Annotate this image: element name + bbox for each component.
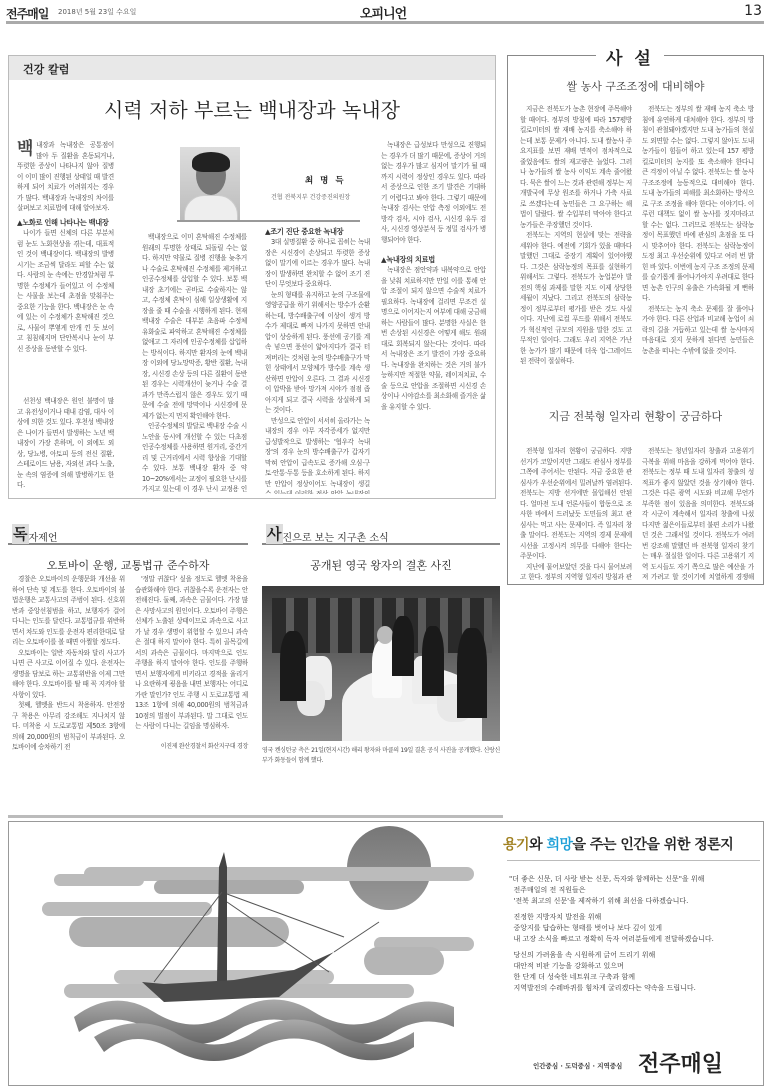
editorial-2-col-2: 전북도는 청년일자리 창출과 고용위기 극복을 위해 마음을 강하게 먹어야 한… [642, 446, 754, 580]
paragraph: 선천성 백내장은 원인 불명이 많고 유전성이거나 태내 감염, 대사 이상에 … [17, 396, 114, 491]
tab-label: 자제언 [29, 533, 58, 544]
tab-initial: 독 [12, 524, 29, 544]
author-name: 최 명 득 [305, 174, 346, 186]
tab-initial: 사 [266, 524, 283, 544]
masthead-brand: 전주매일 [6, 5, 48, 22]
text-column-4: 녹내장은 급성보다 만성으로 진행되는 경우가 더 많기 때문에, 증상이 거의… [381, 140, 486, 494]
ad-line: 중앙지를 답습하는 형태를 벗어나 보다 깊이 있게 [513, 924, 662, 932]
section-title: 오피니언 [360, 3, 406, 22]
editorial-2-col-1: 전북형 일자리 현황이 궁금하다. 지방 선거가 코앞이지만 그래도 관심사 정… [520, 446, 632, 580]
ad-line: "더 좋은 신문, 더 사랑 받는 신문, 독자와 함께하는 신문"을 위해 [509, 875, 704, 883]
paragraph: 전북도는 정부의 쌀 재배 농지 축소 방침에 유연하게 대처해야 한다. 정부… [642, 104, 754, 304]
editorial-box: 사 설 쌀 농사 구조조정에 대비해야 지금은 전북도가 농촌 현장에 주목해야… [507, 55, 764, 585]
photo-caption: 영국 켄싱턴궁 측은 21일(현지시간) 해리 왕자와 마클의 19일 결혼 공… [262, 746, 500, 766]
section-rule [8, 815, 503, 818]
editorial-1-col-2: 전북도는 정부의 쌀 재배 농지 축소 방침에 유연하게 대처해야 한다. 정부… [642, 104, 754, 402]
ad-line: 진정한 지방자치 발전을 위해 [513, 913, 601, 921]
paragraph: 전북도는 청년일자리 창출과 고용위기 극복을 위해 마음을 강하게 먹어야 한… [642, 446, 754, 580]
header-rule [6, 21, 764, 24]
slogan-word-hope: 희망 [546, 837, 572, 853]
paragraph: 녹내장은 점안약과 내복약으로 안압을 낮춰 치료하지만 만일 이를 통해 안압… [381, 265, 486, 412]
article-title: 시력 저하 부르는 백내장과 녹내장 [9, 94, 495, 123]
ad-paragraph: 당신의 가려움을 속 시원하게 긁어 드리기 위해 대안적 비판 기능을 강화하… [509, 950, 764, 994]
newspaper-ad: 용기와 희망을 주는 인간을 위한 정론지 "더 좋은 신문, 더 사랑 받는 … [8, 821, 764, 1086]
subheading: ▲조기 진단 중요한 녹내장 [265, 226, 370, 237]
ad-slogan: 용기와 희망을 주는 인간을 위한 정론지 [503, 834, 733, 854]
text-column-1-lower: 선천성 백내장은 원인 불명이 많고 유전성이거나 태내 감염, 대사 이상에 … [17, 396, 114, 496]
ad-tagline: 인간중심 · 도덕중심 · 지역중심 [533, 1061, 622, 1070]
subheading: ▲노화로 인해 나타나는 백내장 [17, 217, 114, 228]
text-column-2: 백내장으로 이미 혼탁해진 수정체를 원래의 투명한 상태로 되돌릴 수는 없다… [142, 232, 247, 492]
photo-news-tab: 사진으로 보는 지구촌 소식 [262, 524, 500, 545]
paragraph: 녹내장은 급성보다 만성으로 진행되는 경우가 더 많기 때문에, 증상이 거의… [381, 140, 486, 245]
issue-date: 2018년 5월 23일 수요일 [58, 7, 136, 17]
slogan-word-courage: 용기 [503, 837, 529, 853]
paragraph: 눈의 형태를 유지하고 눈의 구조물에 영양공급을 하기 위해서는 방수가 순환… [265, 290, 370, 416]
text-column-1: ▲노화로 인해 나타나는 백내장 나이가 들면 신체의 다른 부분처럼 눈도 노… [17, 208, 114, 354]
paragraph: 지금은 전북도가 농촌 현장에 주목해야 할 때이다. 정부의 방침에 따라 1… [520, 104, 632, 230]
ad-line: 지역발전의 수레바퀴를 힘차게 굴리겠다는 약속을 드립니다. [513, 984, 695, 992]
paragraph: '정말 귀찮다' 싶을 정도로 헬멧 착용을 습관화해야 한다. 귀찮을수록 운… [135, 574, 248, 732]
article-intro: 백내장과 녹내장은 공통점이 많아 두 질환을 혼동되거나, 뚜렷한 증상이 나… [17, 140, 114, 214]
ad-line: 당신의 가려움을 속 시원하게 긁어 드리기 위해 [513, 951, 655, 959]
paragraph: 백내장으로 이미 혼탁해진 수정체를 원래의 투명한 상태로 되돌릴 수는 없다… [142, 232, 247, 421]
reader-byline: 이진제 완산경찰서 화산지구대 경장 [135, 742, 248, 753]
ad-body: "더 좋은 신문, 더 사랑 받는 신문, 독자와 함께하는 신문"을 위해 전… [509, 874, 764, 999]
slogan-text: 을 주는 인간을 위한 정론지 [573, 837, 734, 853]
reader-column-title: 오토바이 운행, 교통법규 준수하자 [8, 557, 248, 573]
paragraph: 경찰은 오토바이의 운행문화 개선을 위하여 단속 및 계도를 한다. 오토바이… [12, 574, 125, 648]
ad-line: '전북 최고의 신문'을 제작하기 위해 최선을 다하겠습니다. [513, 897, 688, 905]
author-photo [180, 147, 240, 221]
photo-news: 사진으로 보는 지구촌 소식 공개된 영국 왕자의 결혼 사진 영국 켄싱턴궁 … [262, 524, 500, 573]
tab-label: 진으로 보는 지구촌 소식 [283, 533, 389, 544]
ad-paragraph: 진정한 지방자치 발전을 위해 중앙지를 답습하는 형태를 벗어나 보다 깊이 … [509, 912, 764, 945]
column-tab: 건강 칼럼 [9, 56, 495, 80]
ad-rule [507, 860, 760, 861]
text-column-3: ▲조기 진단 중요한 녹내장 3대 실명질환 중 하나로 꼽히는 녹내장은 시신… [265, 226, 370, 494]
paragraph: 지난에 물어보았던 것을 다시 물어보려고 한다. 정부의 지역형 일자리 방침… [520, 562, 632, 581]
ad-line: 대안적 비판 기능을 강화하고 있으며 [513, 962, 623, 970]
ad-paragraph: "더 좋은 신문, 더 사랑 받는 신문, 독자와 함께하는 신문"을 위해 전… [509, 874, 764, 907]
slogan-text: 와 [529, 837, 546, 853]
reader-col-2: '정말 귀찮다' 싶을 정도로 헬멧 착용을 습관화해야 한다. 귀찮을수록 운… [135, 574, 248, 742]
ad-logo: 전주매일 [638, 1047, 723, 1078]
paragraph: 오토바이는 일반 자동차와 달리 사고가 나면 큰 사고로 이어질 수 있다. … [12, 648, 125, 701]
editorial-title-2: 지금 전북형 일자리 현황이 궁금하다 [508, 408, 763, 424]
page-number: 13 [744, 3, 762, 19]
reader-column-tab: 독자제언 [8, 524, 248, 545]
photo-news-title: 공개된 영국 왕자의 결혼 사진 [262, 557, 500, 573]
subheading: ▲녹내장의 치료법 [381, 254, 486, 265]
photo-rule [177, 220, 360, 222]
reader-col-1: 경찰은 오토바이의 운행문화 개선을 위하여 단속 및 계도를 한다. 오토바이… [12, 574, 125, 754]
editorial-1-col-1: 지금은 전북도가 농촌 현장에 주목해야 할 때이다. 정부의 방침에 따라 1… [520, 104, 632, 402]
dropcap: 백 [17, 141, 33, 157]
paragraph: 전북형 일자리 현황이 궁금하다. 지방 선거가 코앞이지만 그래도 관심사 정… [520, 446, 632, 562]
column-tab-label: 건강 칼럼 [23, 61, 69, 77]
ad-line: 전주매일의 전 직원들은 [513, 886, 585, 894]
paragraph: 전북도는 지역의 현실에 맞는 전략을 세워야 한다. 예전에 기회가 있을 때… [520, 230, 632, 367]
paragraph: 첫째, 헬멧을 반드시 착용하자. 안전장구 착용은 아무리 강조해도 지나치지… [12, 700, 125, 753]
author-role: 건협 전북지부 건강증진의원장 [271, 192, 350, 201]
editorial-label: 사 설 [596, 44, 664, 69]
paragraph: 만성으로 안압이 서서히 올라가는 녹내장의 경우 아무 자각증세가 없지만 급… [265, 416, 370, 495]
paragraph: 인공수정체의 발달로 백내장 수술 시 노안을 동시에 개선할 수 있는 다초점… [142, 421, 247, 492]
paragraph: 3대 실명질환 중 하나로 꼽히는 녹내장은 시신경이 손상되고 뚜렷한 증상 … [265, 237, 370, 290]
ship-illustration-icon [34, 822, 474, 1084]
editorial-title-1: 쌀 농사 구조조정에 대비해야 [508, 78, 763, 94]
reader-column: 독자제언 오토바이 운행, 교통법규 준수하자 경찰은 오토바이의 운행문화 개… [8, 524, 248, 573]
ad-line: 내 고장 소식을 빠르고 정확히 독자 여러분들에게 전달하겠습니다. [513, 935, 713, 943]
paragraph: 나이가 들면 신체의 다른 부분처럼 눈도 노화현상을 겪는데, 대표적인 것이… [17, 228, 114, 354]
health-column: 건강 칼럼 시력 저하 부르는 백내장과 녹내장 최 명 득 건협 전북지부 건… [8, 55, 496, 499]
ad-line: 한 단계 더 성숙한 네트워크 구축과 함께 [513, 973, 635, 981]
wedding-photo [262, 586, 500, 741]
paragraph: 전북도는 농지 축소 문제를 잘 풀어나가야 한다. 다른 산업과 비교해 농업… [642, 304, 754, 357]
